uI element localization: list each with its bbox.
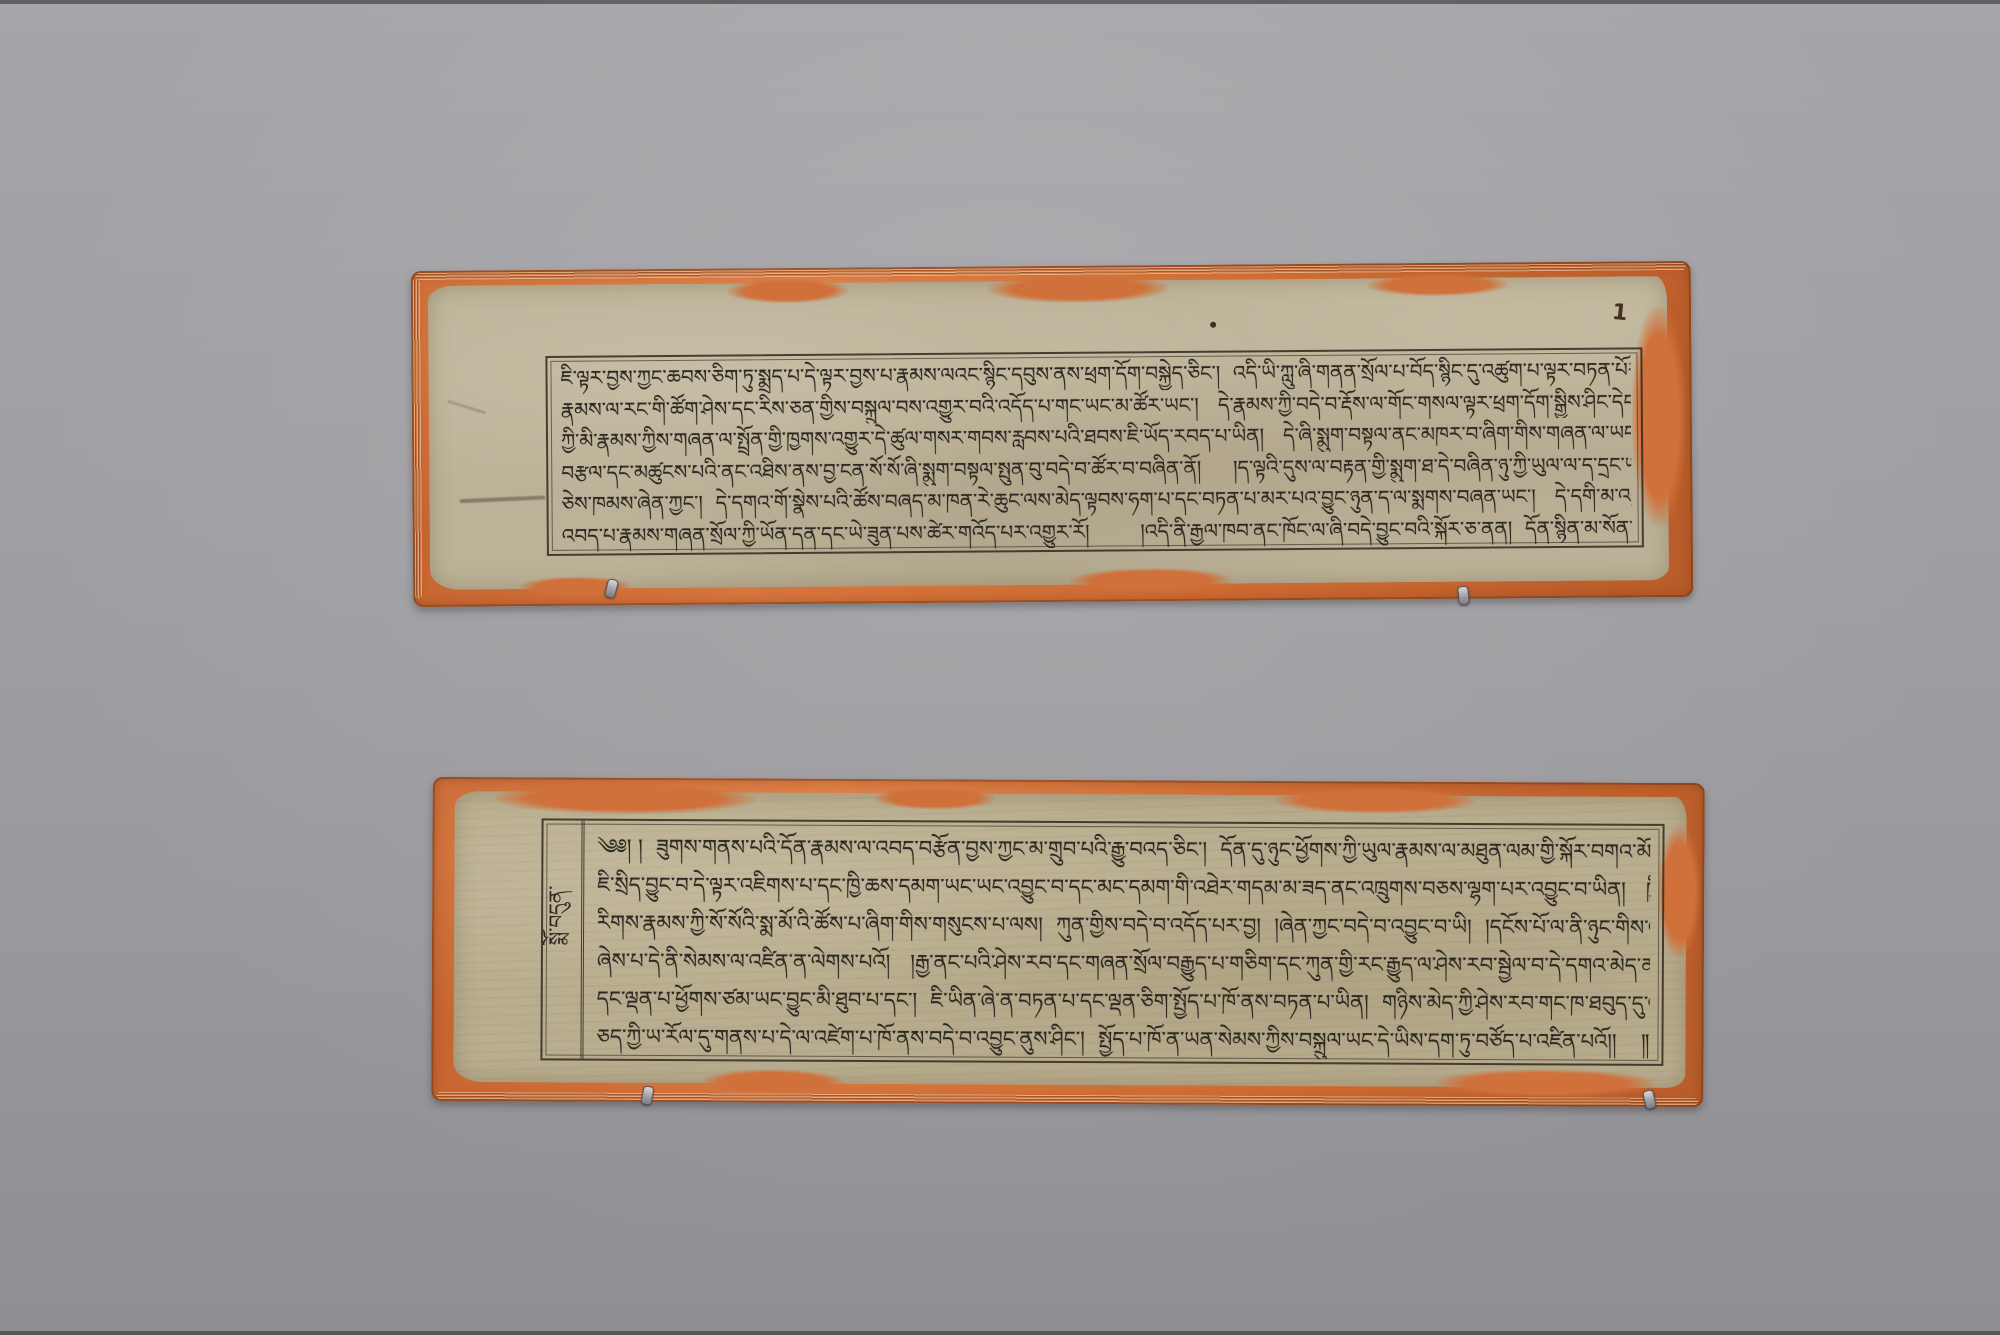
manuscript-photo: 1 ཇི་ལྟར་བྱས་ཀྱང་ཆབས་ཅིག་ཏུ་སྨྲད་པ་དེ་ལྟ… (0, 0, 2000, 1335)
folio-number: 1 (1611, 300, 1629, 326)
orange-paint-blob (988, 274, 1168, 303)
ink-speck (1210, 322, 1216, 328)
top-manuscript-leaf: 1 ཇི་ལྟར་བྱས་ཀྱང་ཆབས་ཅིག་ཏུ་སྨྲད་པ་དེ་ལྟ… (411, 261, 1694, 607)
top-text-block: ཇི་ལྟར་བྱས་ཀྱང་ཆབས་ཅིག་ཏུ་སྨྲད་པ་དེ་ལྟར་… (547, 349, 1642, 554)
text-line: ཇི་སྲིད་བྱུང་བ་དེ་ལྟར་འཇིགས་པ་དང་ཁྱི་ཆས་… (597, 866, 1650, 909)
mounting-pin (1457, 585, 1470, 605)
photo-bottom-edge (0, 1331, 2000, 1335)
orange-paint-blob (1368, 273, 1508, 296)
ink-smudge (459, 495, 545, 503)
top-text-frame: ཇི་ལྟར་བྱས་ཀྱང་ཆབས་ཅིག་ཏུ་སྨྲད་པ་དེ་ལྟར་… (545, 347, 1644, 556)
bottom-manuscript-leaf: སྨོ་བདུན་ ༄༅། ། ཟུགས་གནས་པའི་དོན་རྣམས་ལ་… (431, 777, 1705, 1107)
orange-paint-blob (1070, 568, 1230, 593)
orange-paint-blob (1435, 1069, 1655, 1098)
text-line: ༄༅། ། ཟུགས་གནས་པའི་དོན་རྣམས་ལ་འབད་བརྩོན་… (597, 828, 1650, 871)
text-line: ཞེས་པ་དེ་ནི་སེམས་ལ་འཛིན་ན་ལེགས་པའོ། །རྒྱ… (597, 942, 1650, 985)
page-stack-edge-left (413, 279, 423, 599)
ink-smudge (447, 400, 486, 415)
bottom-text-frame: སྨོ་བདུན་ ༄༅། ། ཟུགས་གནས་པའི་དོན་རྣམས་ལ་… (540, 818, 1664, 1065)
text-line: ཅད་ཀྱི་ཡ་རོལ་དུ་གནས་པ་དེ་ལ་འཛེག་པ་ཁོ་ནས་… (596, 1018, 1649, 1061)
mounting-pin (640, 1085, 654, 1106)
text-line-segment: ཅད་ཀྱི་ཡ་རོལ་དུ་གནས་པ་དེ་ལ་འཛེག་པ་ཁོ་ནས་… (596, 1018, 1616, 1061)
text-line: རིགས་རྣམས་ཀྱི་སོ་སོའི་སྨ་མོ་འི་ཚོས་པ་ཞིག… (597, 904, 1650, 947)
end-mark: ༎ (1641, 1023, 1650, 1061)
photo-top-edge (0, 0, 2000, 4)
orange-paint-blob (875, 787, 995, 810)
orange-paint-blob (1275, 787, 1475, 814)
margin-title-column: སྨོ་བདུན་ (542, 820, 584, 1058)
orange-paint-blob (728, 279, 848, 304)
orange-paint-blob (703, 1069, 843, 1094)
text-line: དང་ལྡན་པ་ཕྱོགས་ཙམ་ཡང་བྱུང་མི་ཐུབ་པ་དང་། … (597, 980, 1650, 1023)
orange-paint-blob (495, 783, 755, 814)
margin-title: སྨོ་བདུན་ (540, 886, 590, 946)
bottom-text-block: ༄༅། ། ཟུགས་གནས་པའི་དོན་རྣམས་ལ་འབད་བརྩོན་… (584, 821, 1662, 1064)
